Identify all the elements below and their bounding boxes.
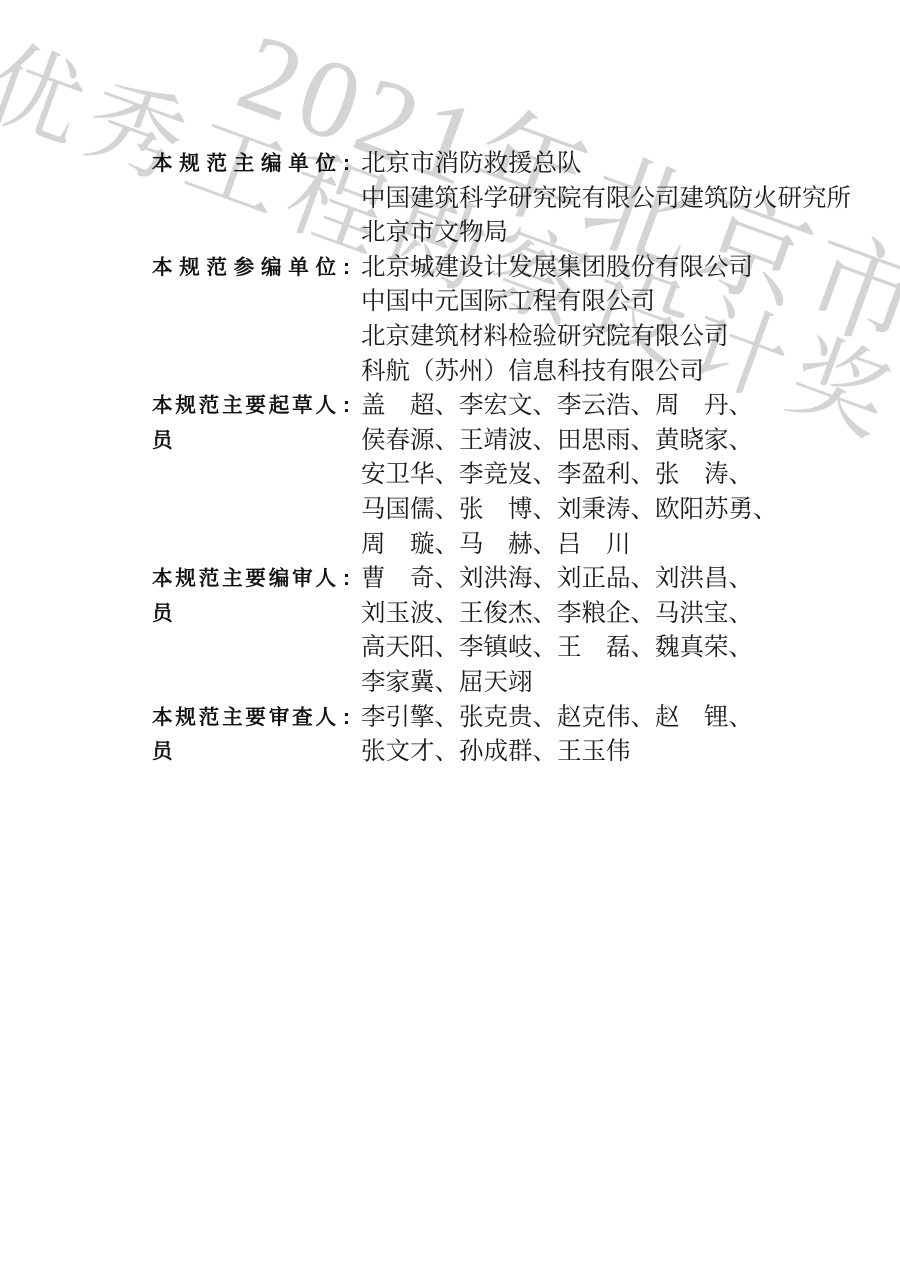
section-values: 李引擎、张克贵、赵克伟、赵 锂、张文才、孙成群、王玉伟 xyxy=(361,701,898,770)
credit-line: 北京城建设计发展集团股份有限公司 xyxy=(361,251,898,286)
section-label-cell: 本规范主编单位: xyxy=(152,147,361,182)
credit-line: 侯春源、王靖波、田思雨、黄晓家、 xyxy=(361,424,898,459)
section-label-cell: 本规范主要审查人员: xyxy=(152,701,361,770)
credit-line: 中国中元国际工程有限公司 xyxy=(361,285,898,320)
credits-row: 本规范主要起草人员:盖 超、李宏文、李云浩、周 丹、侯春源、王靖波、田思雨、黄晓… xyxy=(152,389,898,562)
credit-line: 李引擎、张克贵、赵克伟、赵 锂、 xyxy=(361,701,898,736)
credit-line: 周 璇、马 赫、吕 川 xyxy=(361,528,898,563)
credit-line: 刘玉波、王俊杰、李粮企、马洪宝、 xyxy=(361,597,898,632)
section-label: 本规范主要审查人员 xyxy=(152,701,336,770)
section-label-cell: 本规范主要起草人员: xyxy=(152,389,361,458)
section-label-cell: 本规范主要编审人员: xyxy=(152,562,361,631)
credits-row: 本规范主要编审人员:曹 奇、刘洪海、刘正品、刘洪昌、刘玉波、王俊杰、李粮企、马洪… xyxy=(152,562,898,700)
section-label: 本规范主编单位 xyxy=(152,147,336,182)
credits-row: 本规范主编单位:北京市消防救援总队中国建筑科学研究院有限公司建筑防火研究所北京市… xyxy=(152,147,898,251)
section-values: 曹 奇、刘洪海、刘正品、刘洪昌、刘玉波、王俊杰、李粮企、马洪宝、高天阳、李镇岐、… xyxy=(361,562,898,700)
credit-line: 北京建筑材料检验研究院有限公司 xyxy=(361,320,898,355)
credit-line: 安卫华、李竞岌、李盈利、张 涛、 xyxy=(361,458,898,493)
credit-line: 高天阳、李镇岐、王 磊、魏真荣、 xyxy=(361,631,898,666)
section-label: 本规范参编单位 xyxy=(152,251,336,286)
label-colon: : xyxy=(343,562,350,597)
credits-row: 本规范参编单位:北京城建设计发展集团股份有限公司中国中元国际工程有限公司北京建筑… xyxy=(152,251,898,389)
credit-line: 盖 超、李宏文、李云浩、周 丹、 xyxy=(361,389,898,424)
credits-row: 本规范主要审查人员:李引擎、张克贵、赵克伟、赵 锂、张文才、孙成群、王玉伟 xyxy=(152,701,898,770)
section-values: 北京城建设计发展集团股份有限公司中国中元国际工程有限公司北京建筑材料检验研究院有… xyxy=(361,251,898,389)
label-colon: : xyxy=(343,251,350,286)
label-colon: : xyxy=(343,701,350,736)
credit-line: 北京市文物局 xyxy=(361,216,898,251)
label-colon: : xyxy=(343,147,350,182)
credit-line: 科航（苏州）信息科技有限公司 xyxy=(361,355,898,390)
credit-line: 李家冀、屈天翊 xyxy=(361,666,898,701)
credit-line: 张文才、孙成群、王玉伟 xyxy=(361,735,898,770)
section-label-cell: 本规范参编单位: xyxy=(152,251,361,286)
credit-line: 北京市消防救援总队 xyxy=(361,147,898,182)
credits-list: 本规范主编单位:北京市消防救援总队中国建筑科学研究院有限公司建筑防火研究所北京市… xyxy=(152,147,898,770)
document-page: 2021年北京市 优秀工程勘察设计奖 本规范主编单位:北京市消防救援总队中国建筑… xyxy=(0,0,900,1288)
section-values: 北京市消防救援总队中国建筑科学研究院有限公司建筑防火研究所北京市文物局 xyxy=(361,147,898,251)
credit-line: 曹 奇、刘洪海、刘正品、刘洪昌、 xyxy=(361,562,898,597)
section-label: 本规范主要编审人员 xyxy=(152,562,336,631)
credit-line: 马国儒、张 博、刘秉涛、欧阳苏勇、 xyxy=(361,493,898,528)
section-label: 本规范主要起草人员 xyxy=(152,389,336,458)
credit-line: 中国建筑科学研究院有限公司建筑防火研究所 xyxy=(361,182,898,217)
section-values: 盖 超、李宏文、李云浩、周 丹、侯春源、王靖波、田思雨、黄晓家、安卫华、李竞岌、… xyxy=(361,389,898,562)
label-colon: : xyxy=(343,389,350,424)
